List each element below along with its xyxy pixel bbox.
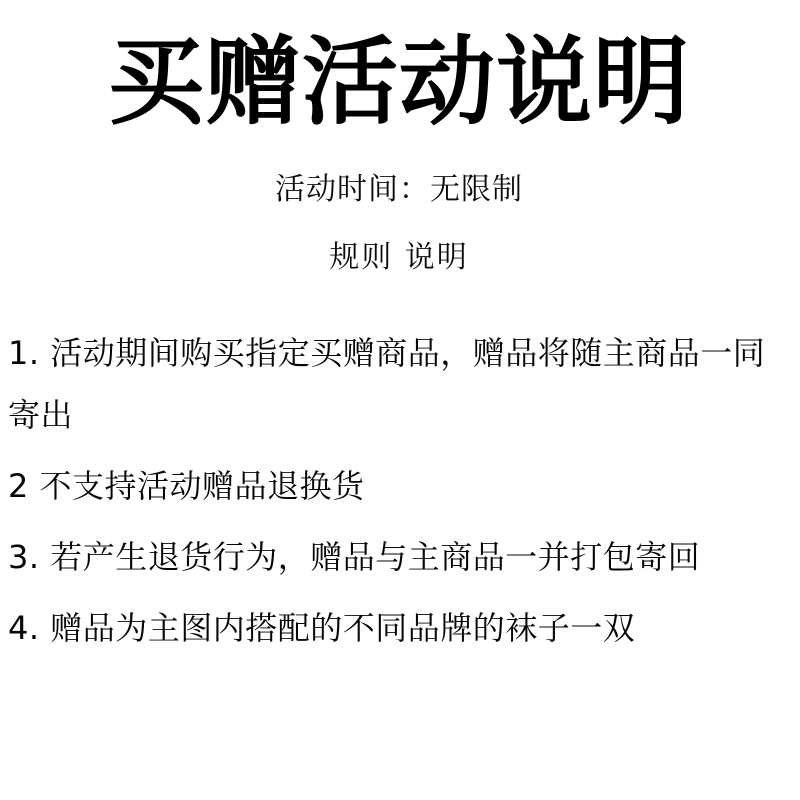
- rule-item-3: 3. 若产生退货行为，赠品与主商品一并打包寄回: [8, 526, 790, 588]
- promo-page: 买赠活动说明 活动时间：无限制 规则 说明 1. 活动期间购买指定买赠商品，赠品…: [0, 0, 800, 800]
- rules-heading: 规则 说明: [8, 238, 790, 278]
- rule-item-2: 2 不支持活动赠品退换货: [8, 455, 790, 517]
- page-title: 买赠活动说明: [8, 30, 790, 136]
- rule-item-1: 1. 活动期间购买指定买赠商品，赠品将随主商品一同 寄出: [8, 322, 790, 446]
- rule-item-4: 4. 赠品为主图内搭配的不同品牌的袜子一双: [8, 597, 790, 659]
- rules-list: 1. 活动期间购买指定买赠商品，赠品将随主商品一同 寄出 2 不支持活动赠品退换…: [8, 322, 790, 659]
- activity-time-line: 活动时间：无限制: [8, 170, 790, 210]
